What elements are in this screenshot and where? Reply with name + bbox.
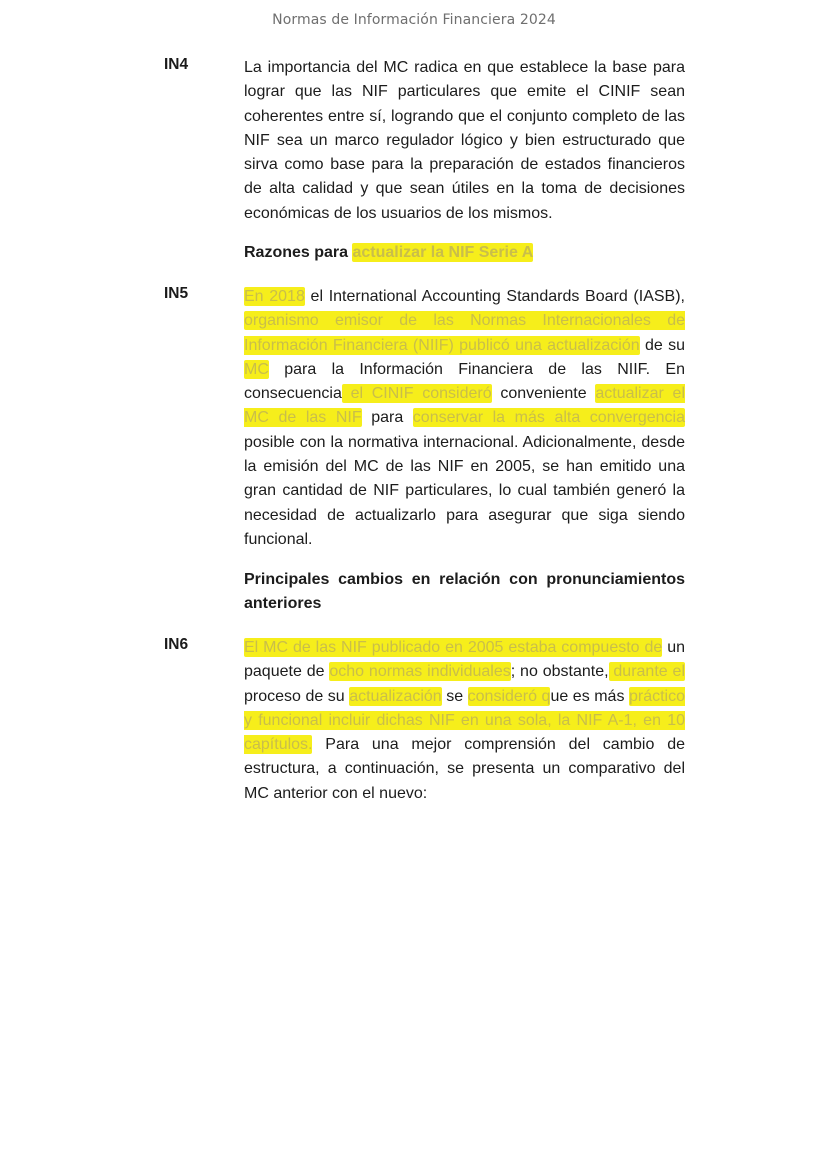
text-run: posible con la normativa internacional. … bbox=[244, 434, 685, 548]
text-run: conveniente bbox=[492, 385, 596, 402]
running-header: Normas de Información Financiera 2024 bbox=[0, 12, 828, 28]
highlighted-text: durante el bbox=[609, 662, 685, 681]
highlighted-text: el CINIF consideró bbox=[342, 384, 492, 403]
text-run: proceso de su bbox=[244, 688, 349, 705]
highlighted-text: ocho normas individuales bbox=[329, 662, 510, 681]
section-heading-razones: Razones para actualizar la NIF Serie A bbox=[244, 241, 685, 265]
highlighted-text: actualización bbox=[349, 687, 442, 706]
section-heading-principales-cambios: Principales cambios en relación con pron… bbox=[244, 568, 685, 617]
text-run: para bbox=[362, 409, 413, 426]
text-run: se bbox=[442, 688, 468, 705]
highlighted-text: En 2018 bbox=[244, 287, 305, 306]
text-run: La importancia del MC radica en que esta… bbox=[244, 59, 685, 222]
paragraph-label: IN6 bbox=[164, 636, 188, 654]
highlighted-text: actualizar la NIF Serie A bbox=[352, 243, 533, 262]
text-run: ; no obstante, bbox=[511, 663, 609, 680]
paragraph-body: La importancia del MC radica en que esta… bbox=[244, 56, 685, 226]
highlighted-text: conservar la más alta convergencia bbox=[413, 408, 685, 427]
text-run: el International Accounting Standards Bo… bbox=[305, 288, 685, 305]
highlighted-text: organismo emisor de las Normas Internaci… bbox=[244, 311, 685, 354]
text-run: Razones para bbox=[244, 244, 352, 261]
text-run: Principales cambios en relación con pron… bbox=[244, 571, 685, 612]
paragraph-label: IN4 bbox=[164, 56, 188, 74]
highlighted-text: MC bbox=[244, 360, 269, 379]
highlighted-text: consideró q bbox=[468, 687, 551, 706]
highlighted-text: El MC de las NIF publicado en 2005 estab… bbox=[244, 638, 662, 657]
text-run: ue es más bbox=[550, 688, 629, 705]
text-run: de su bbox=[640, 337, 685, 354]
paragraph-body: En 2018 el International Accounting Stan… bbox=[244, 285, 685, 552]
paragraph-label: IN5 bbox=[164, 285, 188, 303]
paragraph-body: El MC de las NIF publicado en 2005 estab… bbox=[244, 636, 685, 806]
